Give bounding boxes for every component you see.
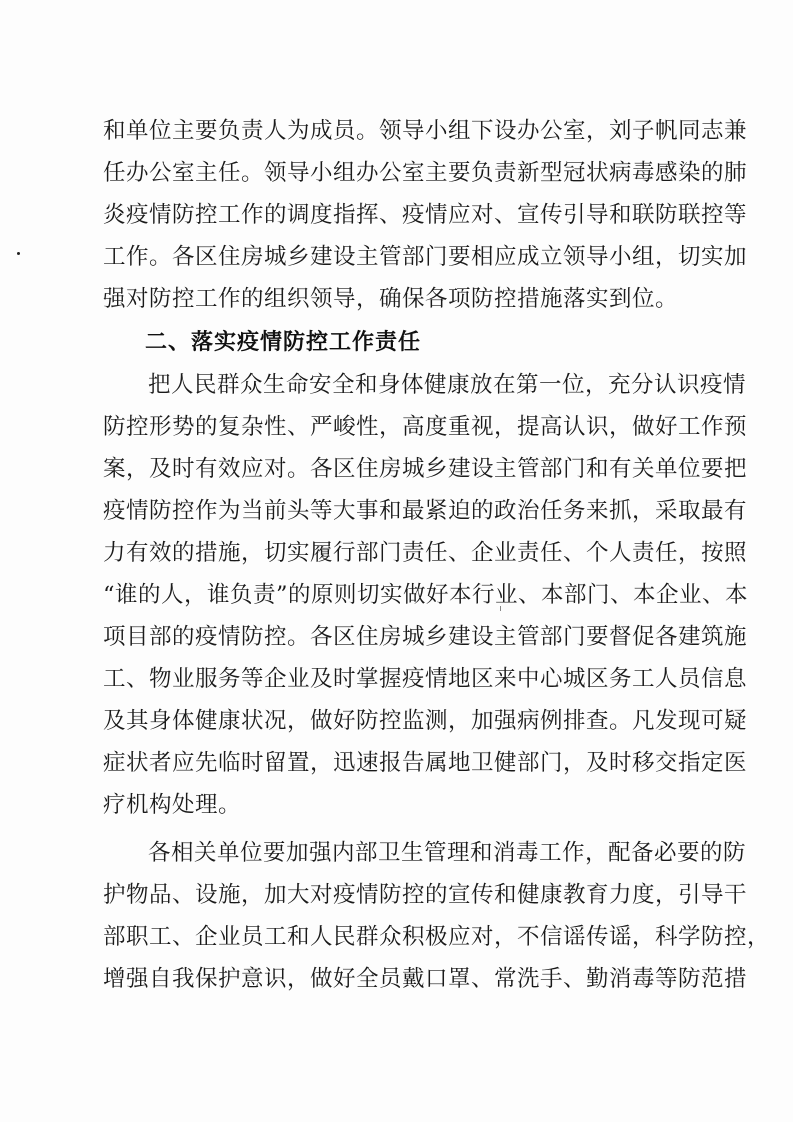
document-page: 和单位主要负责人为成员。领导小组下设办公室，刘子帆同志兼 任办公室主任。领导小组…: [0, 0, 793, 1122]
paragraph-1-line-2: 任办公室主任。领导小组办公室主要负责新型冠状病毒感染的肺: [103, 152, 688, 194]
paragraph-3-line-2: 护物品、设施，加大对疫情防控的宣传和健康教育力度，引导干: [103, 874, 688, 916]
paragraph-2-line-11: 疗机构处理。: [103, 784, 688, 826]
paragraph-3-line-4: 增强自我保护意识，做好全员戴口罩、常洗手、勤消毒等防范措: [103, 958, 688, 1000]
paragraph-1-line-5: 强对防控工作的组织领导，确保各项防控措施落实到位。: [103, 278, 688, 320]
paragraph-2-line-6: “谁的人，谁负责”的原则切实做好本行业、本部门、本企业、本: [103, 574, 688, 616]
section-heading: 二、落实疫情防控工作责任: [145, 322, 421, 364]
paragraph-2-line-1: 把人民群众生命安全和身体健康放在第一位，充分认识疫情: [148, 364, 688, 406]
paragraph-1-line-3: 炎疫情防控工作的调度指挥、疫情应对、宣传引导和联防联控等: [103, 194, 688, 236]
paragraph-2-line-2: 防控形势的复杂性、严峻性，高度重视，提高认识，做好工作预: [103, 406, 688, 448]
paragraph-3-line-3: 部职工、企业员工和人民群众积极应对，不信谣传谣，科学防控，: [103, 916, 688, 958]
paragraph-2-line-4: 疫情防控作为当前头等大事和最紧迫的政治任务来抓，采取最有: [103, 490, 688, 532]
paragraph-2-line-10: 症状者应先临时留置，迅速报告属地卫健部门，及时移交指定医: [103, 742, 688, 784]
paragraph-2-line-5: 力有效的措施，切实履行部门责任、企业责任、个人责任，按照: [103, 532, 688, 574]
paragraph-2-line-9: 及其身体健康状况，做好防控监测，加强病例排查。凡发现可疑: [103, 700, 688, 742]
paragraph-2-line-7: 项目部的疫情防控。各区住房城乡建设主管部门要督促各建筑施: [103, 616, 688, 658]
paragraph-2-line-8: 工、物业服务等企业及时掌握疫情地区来中心城区务工人员信息: [103, 658, 688, 700]
paragraph-2-line-3: 案，及时有效应对。各区住房城乡建设主管部门和有关单位要把: [103, 448, 688, 490]
scan-speck-mark: [17, 252, 20, 255]
paragraph-1-line-1: 和单位主要负责人为成员。领导小组下设办公室，刘子帆同志兼: [103, 110, 688, 152]
paragraph-1-line-4: 工作。各区住房城乡建设主管部门要相应成立领导小组，切实加: [103, 236, 688, 278]
paragraph-3-line-1: 各相关单位要加强内部卫生管理和消毒工作，配备必要的防: [148, 832, 688, 874]
